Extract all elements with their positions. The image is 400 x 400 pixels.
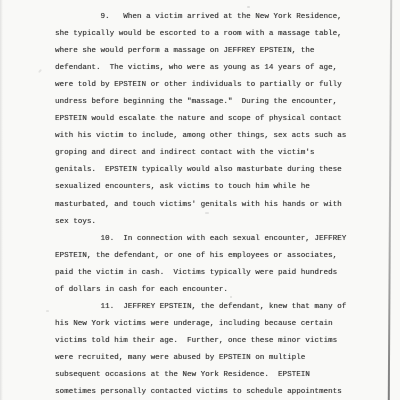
scan-edge-line	[388, 0, 392, 400]
document-text: 9. When a victim arrived at the New York…	[55, 9, 355, 400]
scan-speck	[230, 296, 232, 298]
document-line: where she would perform a massage on JEF…	[55, 43, 355, 60]
document-line: 9. When a victim arrived at the New York…	[55, 9, 355, 26]
document-line: genitals. EPSTEIN typically would also m…	[55, 162, 355, 179]
document-page: 9. When a victim arrived at the New York…	[0, 0, 400, 400]
document-line: were recruited, many were abused by EPST…	[55, 350, 355, 367]
document-line: EPSTEIN, the defendant, or one of his em…	[55, 248, 355, 265]
document-line: of dollars in cash for each encounter.	[55, 282, 355, 299]
document-line: sexualized encounters, ask victims to to…	[55, 179, 355, 196]
document-line: masturbated, and touch victims' genitals…	[55, 197, 355, 214]
scan-speck	[38, 69, 42, 73]
scan-speck	[247, 6, 250, 8]
document-line: EPSTEIN would escalate the nature and sc…	[55, 111, 355, 128]
document-line: subsequent occasions at the New York Res…	[55, 367, 355, 384]
scan-speck	[205, 212, 209, 214]
document-line: 11. JEFFREY EPSTEIN, the defendant, knew…	[55, 299, 355, 316]
document-line: paid the victim in cash. Victims typical…	[55, 265, 355, 282]
scan-speck	[46, 310, 49, 312]
document-line: were told by EPSTEIN or other individual…	[55, 77, 355, 94]
document-line: with his victim to include, among other …	[55, 128, 355, 145]
scan-speck	[155, 118, 157, 120]
document-line: she typically would be escorted to a roo…	[55, 26, 355, 43]
document-line: his New York victims were underage, incl…	[55, 316, 355, 333]
document-line: undress before beginning the "massage." …	[55, 94, 355, 111]
document-line: sex toys.	[55, 214, 355, 231]
document-line: defendant. The victims, who were as youn…	[55, 60, 355, 77]
document-line: sometimes personally contacted victims t…	[55, 384, 355, 400]
document-line: groping and direct and indirect contact …	[55, 145, 355, 162]
document-line: 10. In connection with each sexual encou…	[55, 231, 355, 248]
document-line: victims told him their age. Further, onc…	[55, 333, 355, 350]
scan-speck	[338, 36, 340, 38]
